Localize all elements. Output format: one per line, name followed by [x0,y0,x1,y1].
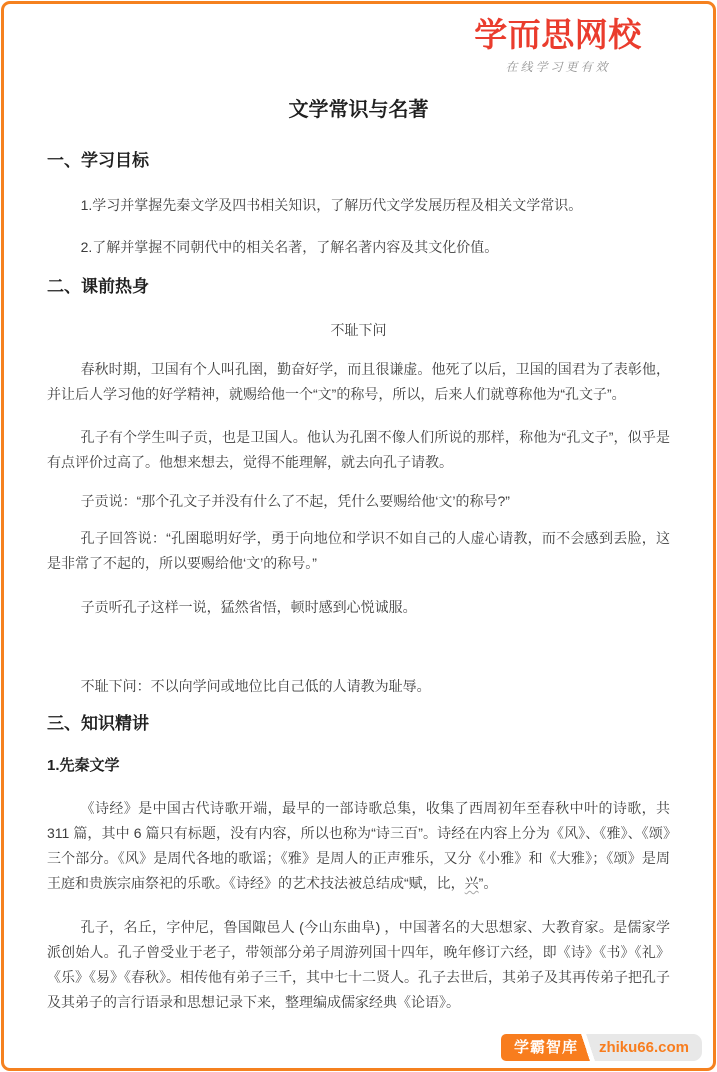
document-body: 文学常识与名著 一、学习目标 1.学习并掌握先秦文学及四书相关知识，了解历代文学… [0,0,717,1015]
knowledge-paragraph-shijing-tail: ”。 [479,875,498,891]
knowledge-paragraph-shijing-text: 《诗经》是中国古代诗歌开端，最早的一部诗歌总集，收集了西周初年至春秋中叶的诗歌，… [47,800,670,891]
knowledge-paragraph-kongzi: 孔子，名丘，字仲尼，鲁国陬邑人 (今山东曲阜) ，中国著名的大思想家、大教育家。… [47,915,670,1015]
story-paragraph-3: 子贡说：“那个孔文子并没有什么了不起，凭什么要赐给他‘文’的称号?” [47,489,670,514]
section-heading-knowledge: 三、知识精讲 [47,713,670,735]
story-paragraph-2: 孔子有个学生叫子贡，也是卫国人。他认为孔圉不像人们所说的那样，称他为“孔文子”，… [47,425,670,475]
brand-logo: 学而思网校 在线学习更有效 [474,15,642,75]
subsection-heading-pre-qin: 1.先秦文学 [47,756,670,775]
story-title: 不耻下问 [47,318,670,343]
watermark-site-url: zhiku66.com [596,1034,702,1061]
watermark: 学霸智库 zhiku66.com [501,1034,702,1061]
goal-item-1: 1.学习并掌握先秦文学及四书相关知识，了解历代文学发展历程及相关文学常识。 [47,193,670,218]
watermark-badge: 学霸智库 [501,1034,580,1061]
page-title: 文学常识与名著 [47,96,670,124]
brand-logo-text: 学而思网校 [474,15,642,55]
section-heading-warmup: 二、课前热身 [47,276,670,298]
story-paragraph-5: 子贡听孔子这样一说，猛然省悟，顿时感到心悦诚服。 [47,595,670,620]
knowledge-paragraph-shijing-marked-word: 兴 [465,875,479,891]
story-note: 不耻下问：不以向学问或地位比自己低的人请教为耻辱。 [47,674,670,699]
watermark-slant-divider [580,1034,596,1061]
brand-logo-tagline: 在线学习更有效 [474,58,642,75]
story-paragraph-1: 春秋时期，卫国有个人叫孔圉，勤奋好学，而且很谦虚。他死了以后，卫国的国君为了表彰… [47,357,670,407]
story-paragraph-4: 孔子回答说：“孔圉聪明好学，勇于向地位和学识不如自己的人虚心请教，而不会感到丢脸… [47,526,670,576]
knowledge-paragraph-shijing: 《诗经》是中国古代诗歌开端，最早的一部诗歌总集，收集了西周初年至春秋中叶的诗歌，… [47,796,670,896]
section-heading-learning-goals: 一、学习目标 [47,150,670,172]
goal-item-2: 2.了解并掌握不同朝代中的相关名著，了解名著内容及其文化价值。 [47,235,670,260]
